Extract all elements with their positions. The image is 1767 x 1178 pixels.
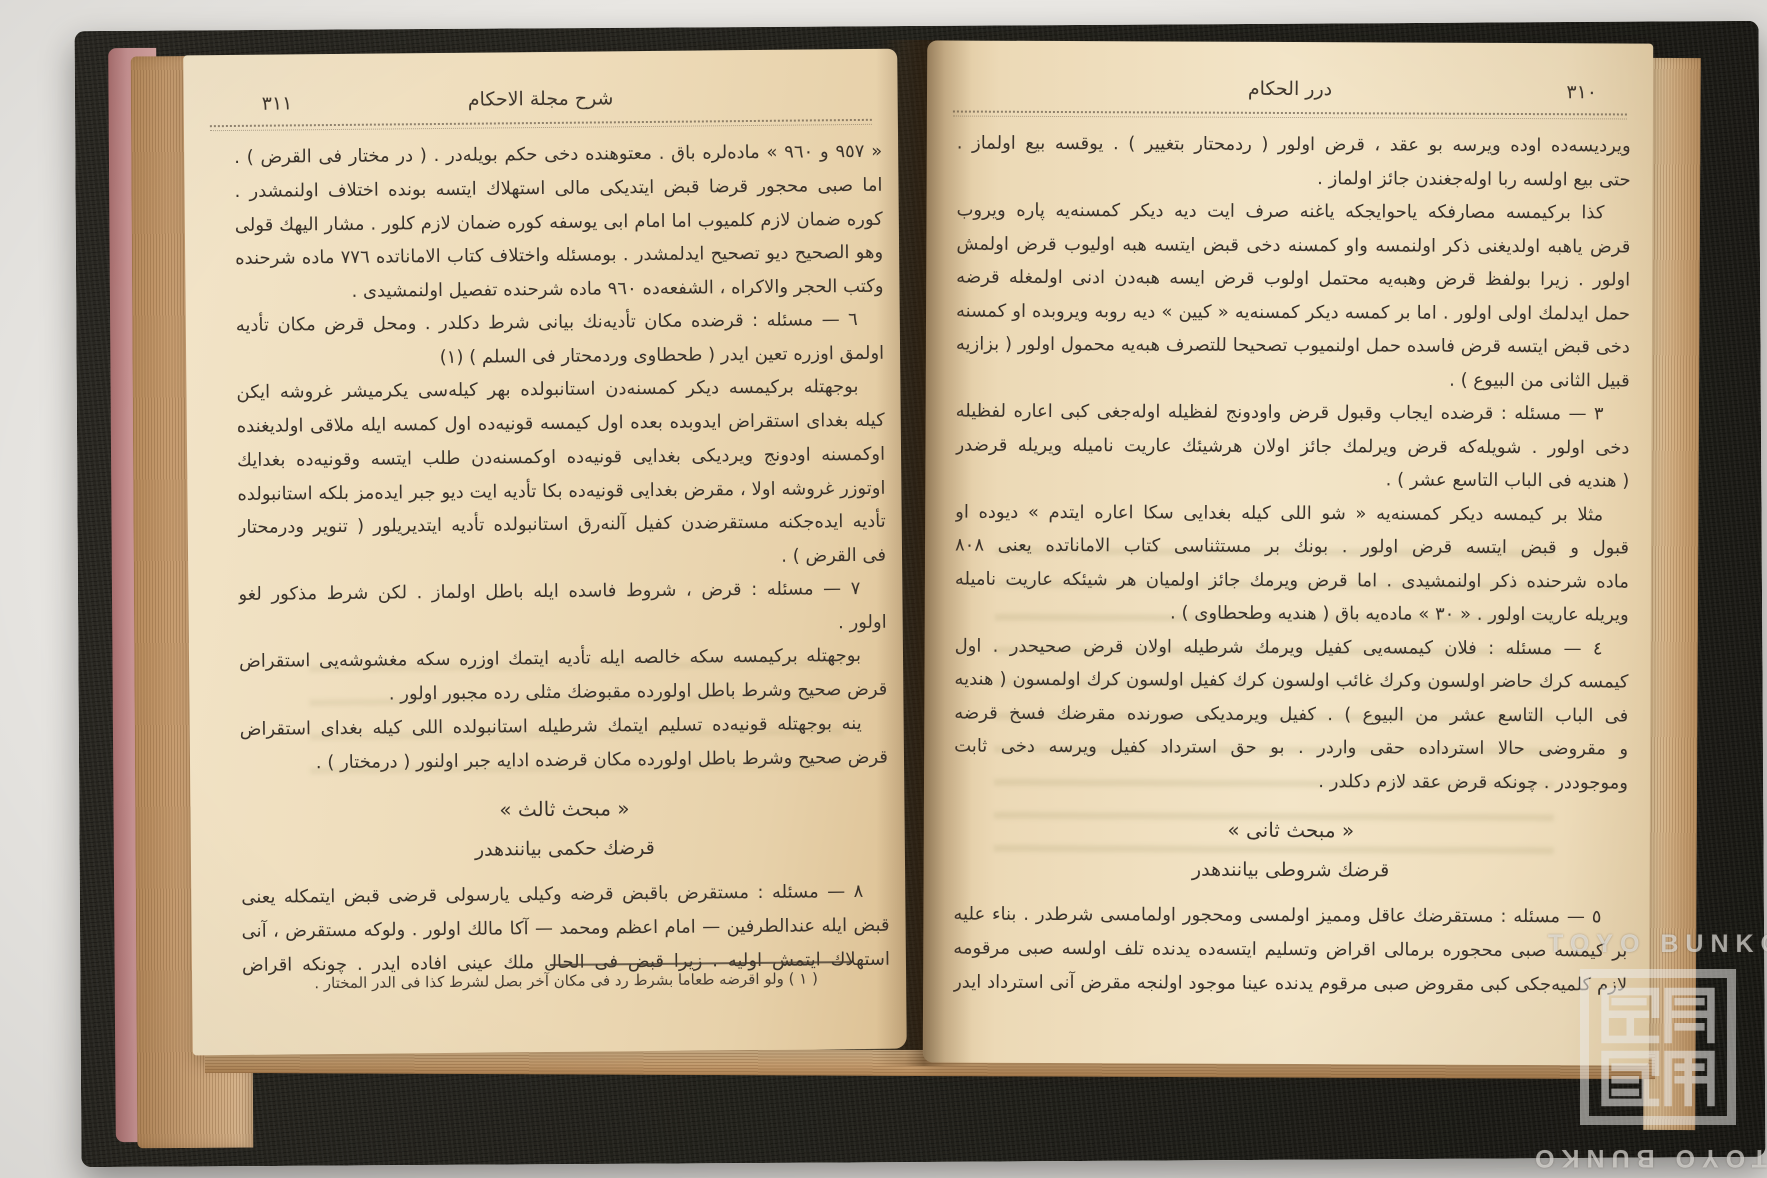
text-line: ( هنديه فى الباب التاسع عشر ) . — [955, 462, 1629, 498]
text-line: قرض صحيح وشرط باطل اولورده مكان قرضده اد… — [240, 740, 888, 780]
text-line: تأديه ايده‌جكنه مستقرضدن كفيل آلنه‌رق اس… — [238, 505, 886, 545]
right-running-title: درر الحكام — [927, 76, 1653, 101]
text-line: ٥ — مسئله : مستقرضك عاقل ومميز اولمسى وم… — [953, 898, 1627, 934]
text-line: قبض ايله عندالطرفين — امام اعظم ومحمد — … — [241, 909, 889, 949]
left-page-running-head: شرح مجلة الاحكام ٣١١ — [184, 85, 898, 122]
text-line: ويرديسه‌ده اوده ويرسه بو عقد ، قرض اولور… — [957, 127, 1631, 163]
stamp-text-top: TOYO BUNKO — [1548, 930, 1767, 959]
book-gutter-shadow — [876, 40, 972, 1066]
toyo-bunko-seal-icon — [1580, 969, 1736, 1125]
text-line: وموجوددر . چونكه قرض عقد لازم دكلدر . — [954, 763, 1628, 799]
text-line: اما صبى محجور قرضا قبض ايتديكى مالى استه… — [234, 168, 882, 208]
text-line: ٦ — مسئله : قرضده مكان تأديه‌نك بيانى شر… — [236, 303, 884, 343]
right-page-running-head: درر الحكام ٣١٠ — [927, 76, 1653, 109]
text-line: قرض صحيح وشرط باطل اولورده مقبوضك مثلى ر… — [239, 673, 887, 713]
header-rule — [953, 111, 1627, 123]
text-line: بر كيمسه صبى محجوره برمالى اقراض وتسليم … — [953, 931, 1627, 968]
right-page-text: ويرديسه‌ده اوده ويرسه بو عقد ، قرض اولور… — [953, 127, 1631, 1002]
text-line: ٣ — مسئله : قرضده ايجاب وقبول قرض واودون… — [956, 395, 1630, 431]
text-line: ماده شرحنده ذكر اولنمشيدى . اما قرض ويرم… — [955, 562, 1629, 598]
text-line: « مبحث ثانى » — [954, 813, 1628, 849]
toyo-bunko-stamp: TOYO BUNKO TOYO BUNKO — [1548, 930, 1767, 1178]
text-line: مثلا بر كيمسه ديكر كمسنه‌يه « شو اللى كي… — [955, 495, 1629, 531]
text-line: دخى قبض ايتسه قرض فاسده حمل اولنميوب تصح… — [956, 328, 1630, 364]
text-line: ويريله عاريت اولور . « ٣٠ » ماده‌يه باق … — [955, 596, 1629, 632]
text-line: كذا بركيمسه مصارفكه ياحوايجكه ياغنه صرف … — [956, 194, 1630, 230]
left-page-number: ٣١١ — [262, 92, 293, 114]
text-line: ٤ — مسئله : فلان كيمسه‌يى كفيل ويرمك شرط… — [955, 629, 1629, 665]
text-line: حمل ايدلمك اولى اولور . اما بر كمسه ديكر… — [956, 294, 1630, 330]
text-line: اولور . زيرا بولفظ قرض وهبه‌يه محتمل اول… — [956, 261, 1630, 297]
text-line: فى الباب التاسع عشر من البيوع ) . كفيل و… — [954, 696, 1628, 732]
text-line: ينه بوجهتله قونيه‌ده تسليم ايتمك شرطيله … — [240, 706, 888, 746]
text-line: « مبحث ثالث » — [240, 790, 888, 830]
right-page-number: ٣١٠ — [1566, 81, 1597, 103]
text-line: دخى اولور . شويله‌كه قرض ويرلمك جائز اول… — [955, 428, 1629, 464]
header-rule — [210, 119, 872, 134]
text-line: وهو الصحيح ديو تصحيح ايدلمشدر . بومسئله … — [235, 236, 883, 276]
text-line: كيله بغداى استقراض ايدوبده بعده اول كيمس… — [237, 404, 885, 444]
book-photo: { "book": { "left_page": { "page_number"… — [0, 0, 1767, 1178]
text-line: قبيل الثانى من البيوع ) . — [956, 361, 1630, 397]
text-line: قبول و قبض ايتسه قرض اولور . بونك بر مست… — [955, 529, 1629, 565]
text-line: كيمسه كرك حاضر اولسون وكرك غائب اولسون ك… — [954, 663, 1628, 699]
footnote-text: ( ١ ) ولو اقرضه طعاما بشرط رد فى مكان آخ… — [242, 963, 890, 999]
left-page-text: « ٩٥٧ و ٩٦٠ » ماده‌لره باق . معتوهنده دخ… — [234, 135, 890, 983]
right-page: درر الحكام ٣١٠ ويرديسه‌ده اوده ويرسه بو … — [923, 40, 1653, 1065]
left-page-footnote-block: ( ١ ) ولو اقرضه طعاما بشرط رد فى مكان آخ… — [242, 961, 890, 999]
text-line: و مقروضى حالا استرداده حقى واردر . بو حق… — [954, 730, 1628, 766]
text-line: قرض ياهبه اولديغنى ذكر اولنمسه واو كمسنه… — [956, 227, 1630, 263]
text-line: لازم كلميه‌جكى كبى مقروض صبى مرقوم يدنده… — [953, 965, 1627, 1002]
text-line: قرضك شروطى بيانندهدر — [954, 852, 1628, 888]
text-line: قرضك حكمى بيانندهدر — [241, 829, 889, 869]
text-line: اوكمسنه اودونج ويرديكى بغدايى قونيه‌ده ا… — [237, 437, 885, 477]
left-page: شرح مجلة الاحكام ٣١١ « ٩٥٧ و ٩٦٠ » ماده‌… — [183, 49, 907, 1056]
text-line: حتى بيع اولسه ربا اوله‌جغندن جائز اولماز… — [957, 160, 1631, 196]
text-line: ٧ — مسئله : قرض ، شروط فاسده ايله باطل ا… — [238, 572, 886, 612]
text-line: « ٩٥٧ و ٩٦٠ » ماده‌لره باق . معتوهنده دخ… — [234, 135, 882, 175]
stamp-text-bottom: TOYO BUNKO — [1548, 1143, 1767, 1172]
